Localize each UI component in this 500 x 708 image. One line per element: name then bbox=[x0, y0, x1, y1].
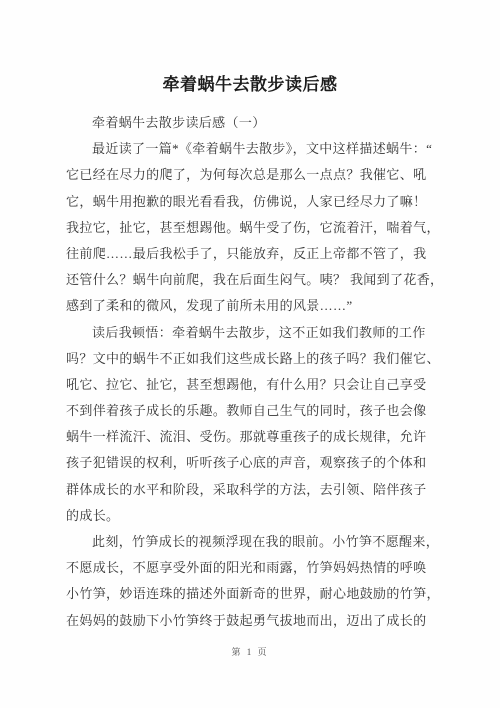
text-line: 此刻，竹笋成长的视频浮现在我的眼前。小竹笋不愿醒来， bbox=[66, 529, 440, 555]
text-line: 它已经在尽力的爬了，为何每次总是那么一点点？我催它、吼 bbox=[66, 162, 440, 188]
text-line: 群体成长的水平和阶段，采取科学的方法，去引领、陪伴孩子 bbox=[66, 477, 440, 503]
document-page: 牵着蜗牛去散步读后感 牵着蜗牛去散步读后感（一）最近读了一篇*《牵着蜗牛去散步》… bbox=[0, 0, 500, 708]
page-number: 第 1 页 bbox=[0, 645, 500, 658]
text-line: 它，蜗牛用抱歉的眼光看看我，仿佛说，人家已经尽力了嘛！ bbox=[66, 189, 440, 215]
text-line: 我拉它，扯它，甚至想踢他。蜗牛受了伤，它流着汗，喘着气， bbox=[66, 215, 440, 241]
text-line: 不愿成长，不愿享受外面的阳光和雨露，竹笋妈妈热情的呼唤 bbox=[66, 555, 440, 581]
text-line: 还管什么？蜗牛向前爬，我在后面生闷气。咦？ 我闻到了花香， bbox=[66, 267, 440, 293]
text-line: 的成长。 bbox=[66, 503, 440, 529]
text-line: 不到伴着孩子成长的乐趣。教师自己生气的同时，孩子也会像 bbox=[66, 398, 440, 424]
text-line: 孩子犯错误的权利，听听孩子心底的声音，观察孩子的个体和 bbox=[66, 450, 440, 476]
text-line: 吗？文中的蜗牛不正如我们这些成长路上的孩子吗？我们催它、 bbox=[66, 346, 440, 372]
text-line: 感到了柔和的微风，发现了前所未用的风景……” bbox=[66, 293, 440, 319]
text-line: 牵着蜗牛去散步读后感（一） bbox=[66, 110, 440, 136]
text-line: 蜗牛一样流汗、流泪、受伤。那就尊重孩子的成长规律，允许 bbox=[66, 424, 440, 450]
document-body: 牵着蜗牛去散步读后感（一）最近读了一篇*《牵着蜗牛去散步》，文中这样描述蜗牛：“… bbox=[66, 110, 440, 634]
text-line: 在妈妈的鼓励下小竹笋终于鼓起勇气拔地而出，迈出了成长的 bbox=[66, 608, 440, 634]
document-title: 牵着蜗牛去散步读后感 bbox=[0, 70, 500, 95]
text-line: 读后我顿悟：牵着蜗牛去散步，这不正如我们教师的工作 bbox=[66, 320, 440, 346]
text-line: 小竹笋，妙语连珠的描述外面新奇的世界，耐心地鼓励的竹笋， bbox=[66, 581, 440, 607]
text-line: 吼它、拉它、扯它，甚至想踢他，有什么用？只会让自己享受 bbox=[66, 372, 440, 398]
text-line: 往前爬……最后我松手了，只能放弃，反正上帝都不管了，我 bbox=[66, 241, 440, 267]
text-line: 最近读了一篇*《牵着蜗牛去散步》，文中这样描述蜗牛：“ bbox=[66, 136, 440, 162]
